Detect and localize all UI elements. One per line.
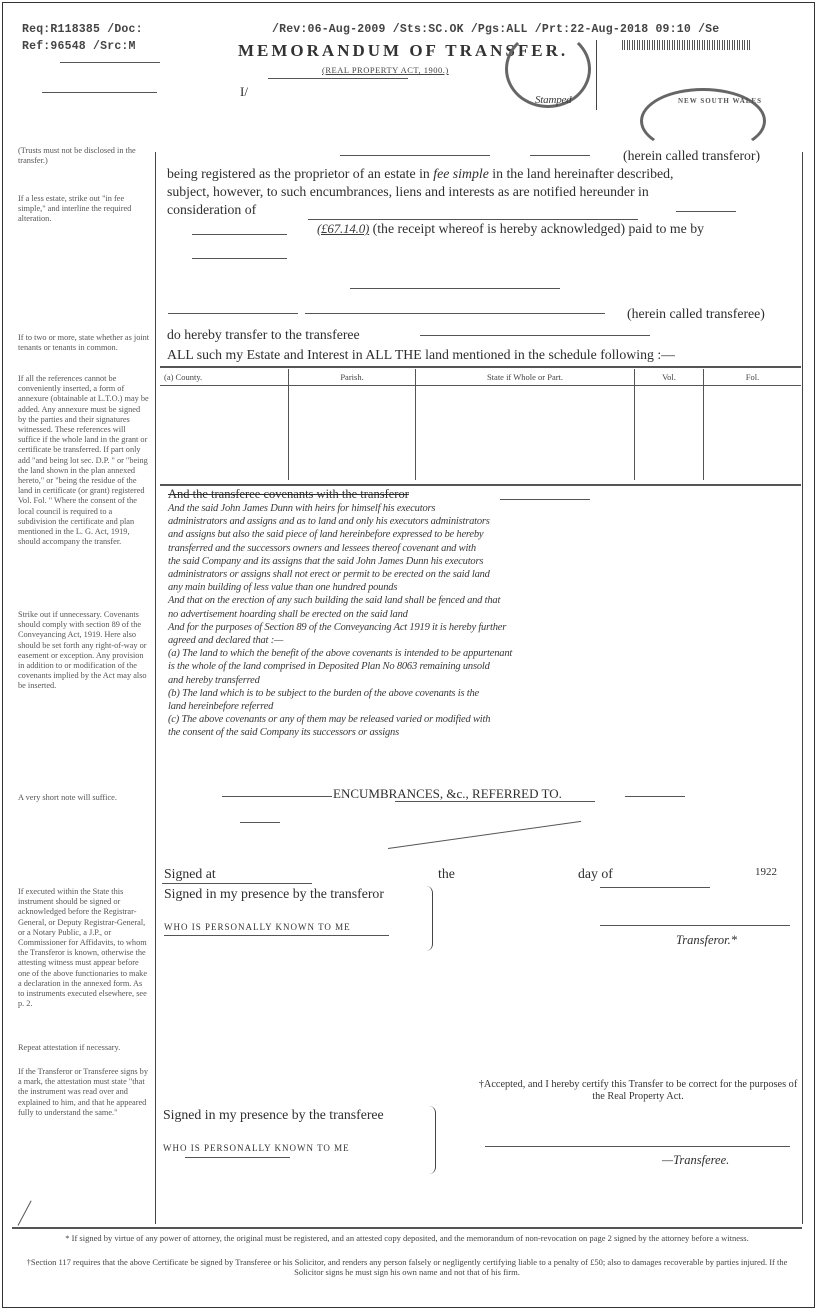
request-id: Req:R118385 /Doc: [22,23,143,36]
covenant-line: (b) The land which is to be subject to t… [168,688,479,699]
consideration-amount: (£67.14.0) (the receipt whereof is hereb… [317,221,704,237]
covenant-line: And the said John James Dunn with heirs … [168,503,435,514]
margin-note-repeat: Repeat attestation if necessary. [18,1043,150,1053]
schedule-body-row [160,386,801,481]
seal-text: NEW SOUTH WALES [678,97,762,105]
amount-value: (£67.14.0) [317,221,369,236]
covenant-line: (c) The above covenants or any of them m… [168,714,490,725]
covenant-line: land hereinbefore referred [168,701,273,712]
transferor-label: Transferor.* [676,933,737,948]
known-to-me-underline [164,935,389,936]
transferor-name-line-2 [530,155,590,156]
body-line-3: consideration of [167,202,256,218]
stamp-divider [596,40,597,110]
footer-rule [12,1227,802,1229]
transferee-address-line [168,313,298,314]
footnote-power-of-attorney: * If signed by virtue of any power of at… [22,1233,792,1243]
covenant-line: and hereby transferred [168,675,260,686]
margin-note-executed: If executed within the State this instru… [18,887,150,1009]
transferor-brace [426,886,433,951]
covenants-heading: And the transferee covenants with the tr… [168,487,409,502]
barcode-icon [622,40,750,50]
known-to-me: WHO IS PERSONALLY KNOWN TO ME [164,922,351,932]
col-state: State if Whole or Part. [416,369,635,386]
transferee-name-line [350,288,560,289]
day-of-label: day of [578,866,613,882]
the-label: the [438,866,455,882]
transferee-brace [429,1106,436,1174]
footnote-section-117: †Section 117 requires that the above Cer… [22,1257,792,1277]
schedule-header-row: (a) County. Parish. State if Whole or Pa… [160,369,801,386]
transferor-presence: Signed in my presence by the transferor [164,886,384,902]
schedule-top-rule [160,366,801,368]
schedule-table: (a) County. Parish. State if Whole or Pa… [160,369,801,480]
day-of-line [600,887,710,888]
margin-note-less-estate: If a less estate, strike out "in fee sim… [18,194,150,225]
col-county: (a) County. [160,369,289,386]
encumbrances-line-left [222,796,332,797]
document-subtitle: (REAL PROPERTY ACT, 1900.) [322,65,449,75]
subtitle-rule [268,78,408,79]
covenant-line: transferred and the successors owners an… [168,543,476,554]
col-fol: Fol. [704,369,802,386]
covenant-line: administrators and assigns and as to lan… [168,516,490,527]
encumbrance-mark [240,822,280,823]
margin-note-references: If all the references cannot be convenie… [18,374,150,547]
consideration-line-2 [676,211,736,212]
initials-mark: I/ [240,84,248,100]
header-scribble [60,62,160,63]
covenant-line: is the whole of the land comprised in De… [168,661,490,672]
covenants-heading-line [500,499,590,500]
signed-at-line [162,883,312,884]
col-vol: Vol. [635,369,704,386]
covenant-line: the consent of the said Company its succ… [168,727,399,738]
schedule-bottom-rule [160,484,801,486]
covenant-line: the said Company and its assigns that th… [168,556,483,567]
accepted-certificate: †Accepted, and I hereby certify this Tra… [478,1079,798,1103]
margin-note-joint-tenants: If to two or more, state whether as join… [18,333,150,353]
encumbrances-line-right [625,796,685,797]
payer-line [192,258,287,259]
transferor-name-line [340,155,490,156]
stamped-annotation: Stamped [535,94,571,106]
all-such-estate: ALL such my Estate and Interest in ALL T… [167,347,675,363]
covenant-line: And for the purposes of Section 89 of th… [168,622,506,633]
revision-status: /Rev:06-Aug-2009 /Sts:SC.OK /Pgs:ALL /Pr… [272,23,719,36]
encumbrances-underline [395,801,595,802]
transferee-signature-line [485,1146,790,1147]
margin-note-mark: If the Transferor or Transferee signs by… [18,1067,150,1118]
transferor-signature-line [600,925,790,926]
margin-note-short-note: A very short note will suffice. [18,793,150,803]
covenant-line: any main building of less value than one… [168,582,397,593]
fee-simple-text: fee simple [433,166,489,181]
year-value: 1922 [755,866,777,878]
transferee-presence: Signed in my presence by the transferee [163,1107,384,1123]
herein-transferee: (herein called transferee) [627,306,765,322]
herein-transferor: (herein called transferor) [623,148,760,164]
col-parish: Parish. [289,369,416,386]
amount-line [192,234,287,235]
transferee-label: —Transferee. [662,1153,729,1168]
do-hereby-transfer: do hereby transfer to the transferee [167,327,360,343]
margin-note-strike-out: Strike out if unnecessary. Covenants sho… [18,610,150,692]
header-rule [42,92,157,93]
body-line-1b: in the land hereinafter described, [492,166,673,181]
receipt-text: (the receipt whereof is hereby acknowled… [373,221,704,236]
right-border [802,152,803,1224]
known-to-me-2-underline [185,1157,290,1158]
body-line-2: subject, however, to such encumbrances, … [167,184,649,200]
body-line-1a: being registered as the proprietor of an… [167,166,430,181]
covenant-line: And that on the erection of any such bui… [168,595,500,606]
covenant-line: (a) The land to which the benefit of the… [168,648,512,659]
known-to-me-2: WHO IS PERSONALLY KNOWN TO ME [163,1143,350,1153]
margin-note-trusts: (Trusts must not be disclosed in the tra… [18,146,150,166]
do-hereby-line [420,335,650,336]
signed-at-label: Signed at [164,866,216,882]
covenant-line: and assigns but also the said piece of l… [168,529,483,540]
transferee-address-line-2 [305,313,605,314]
consideration-line [308,219,638,220]
covenant-line: no advertisement hoarding shall be erect… [168,609,408,620]
margin-divider [155,152,156,1224]
covenant-line: administrators or assigns shall not erec… [168,569,490,580]
encumbrances-heading: ENCUMBRANCES, &c., REFERRED TO. [333,786,562,802]
covenant-line: agreed and declared that :— [168,635,283,646]
reference-id: Ref:96548 /Src:M [22,40,136,53]
body-line-1: being registered as the proprietor of an… [167,166,673,182]
